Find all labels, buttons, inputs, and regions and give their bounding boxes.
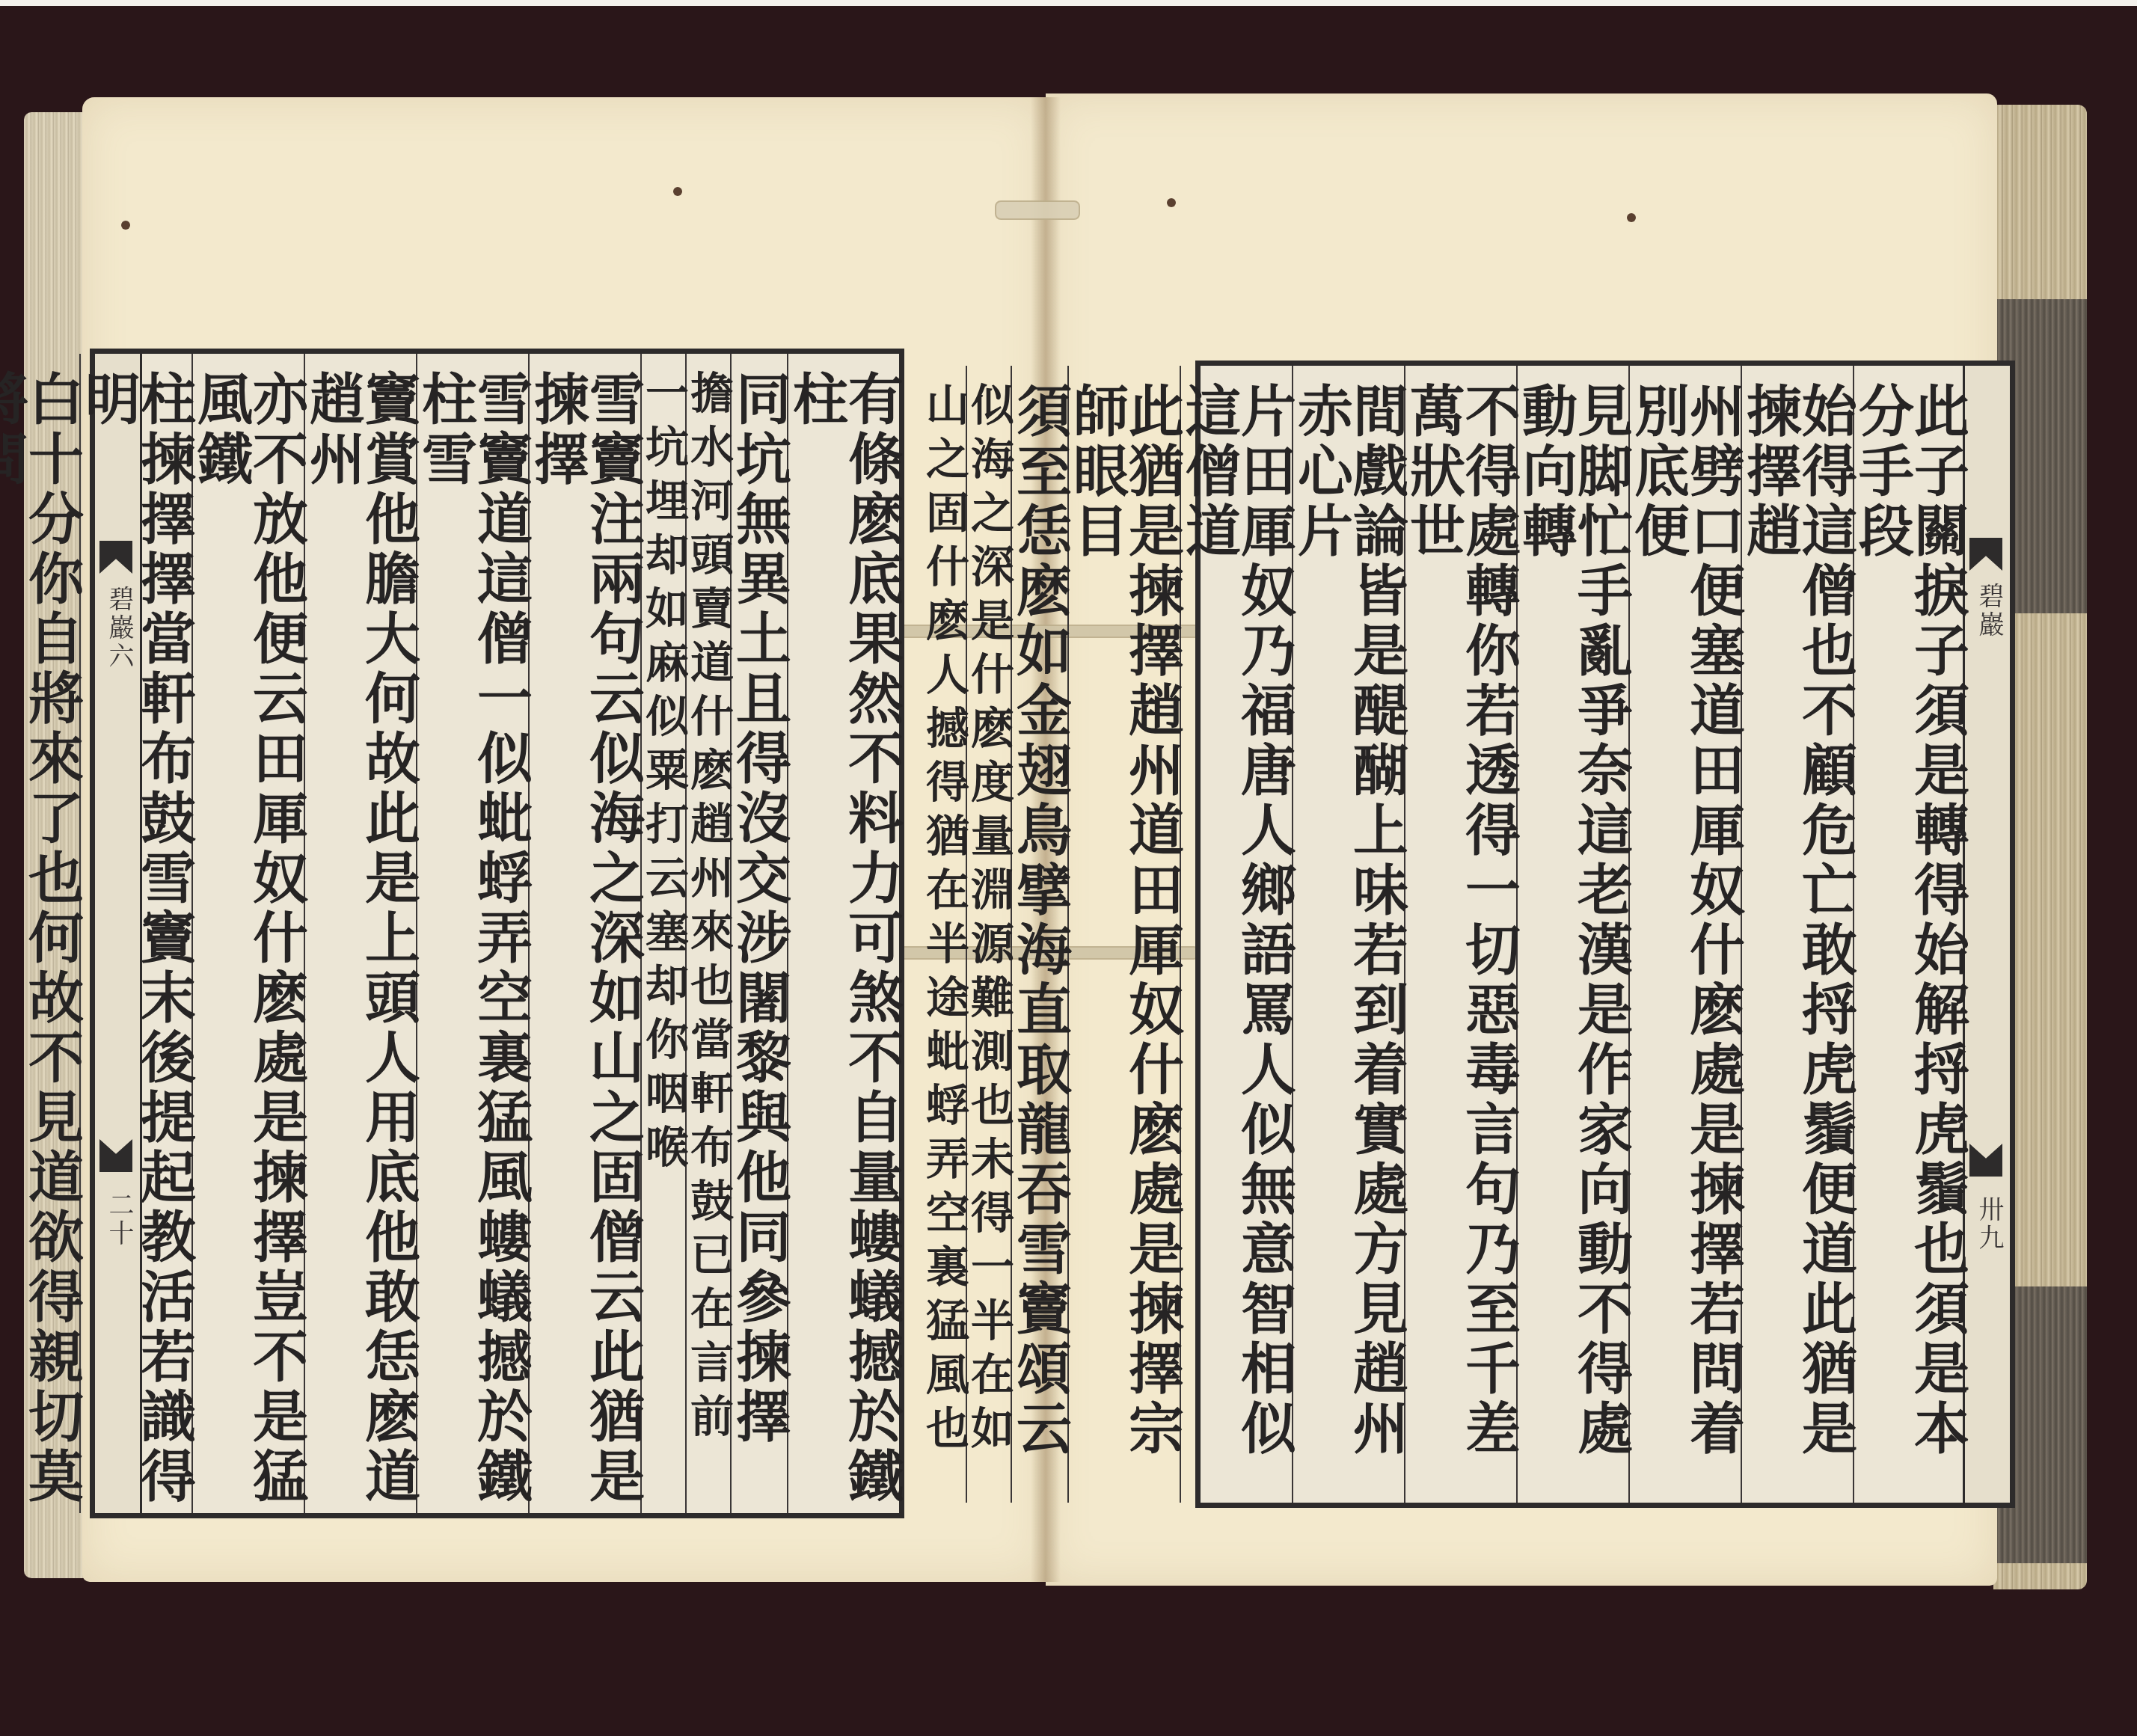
fishtail-mark bbox=[1969, 538, 2002, 571]
binding-hole bbox=[673, 187, 682, 196]
binding-hole bbox=[1167, 198, 1176, 207]
binding-hole bbox=[1627, 213, 1636, 222]
text-column: 擔水河頭賣道什麽趙州來也當軒布鼓已在言前 bbox=[685, 354, 730, 1513]
text-column: 不得處轉你若透得一切惡毒言句乃至千差萬狀世 bbox=[1404, 366, 1516, 1503]
text-column: 亦不放他便云田厙奴什麽處是揀擇豈不是猛風鐵 bbox=[191, 354, 304, 1513]
text-column: 竇賞他膽大何故此是上頭人用底他敢恁麽道趙州 bbox=[304, 354, 416, 1513]
fold-page-number: 卅九 bbox=[1971, 1196, 2008, 1253]
text-column: 雪竇道這僧一似蚍蜉弄空裏猛風螻蟻撼於鐵柱雪 bbox=[416, 354, 528, 1513]
column-text: 同坑無異土且得沒交涉闍黎與他同參揀擇 bbox=[732, 370, 787, 1447]
text-column: 此猶是揀擇趙州道田厙奴什麽處是揀擇宗師眼目 bbox=[1067, 366, 1180, 1503]
right-columns: 此子關捩子須是轉得始解捋虎鬚也須是本分手段 始得這僧也不顧危亡敢捋虎鬚便道此猶是… bbox=[1201, 366, 1965, 1503]
book-spread: 碧巖六 二十 有條麽底果然不料力可煞不自量螻蟻撼於鐵柱 同坑無異土且得沒交涉闍黎… bbox=[0, 0, 2137, 1736]
column-text: 雪竇注兩句云似海之深如山之固僧云此猶是揀擇 bbox=[530, 370, 640, 1513]
column-text: 一坑埋却如麻似粟打云塞却你咽喉 bbox=[642, 370, 685, 1178]
right-text-block: 碧巖 卅九 此子關捩子須是轉得始解捋虎鬚也須是本分手段 始得這僧也不顧危亡敢捋虎… bbox=[1195, 361, 2015, 1508]
column-text: 似海之深是什麽度量淵源難測也未得一半在如 bbox=[967, 382, 1011, 1459]
text-column: 須至恁麽如金翅鳥擘海直取龍吞雪竇頌云 bbox=[1011, 366, 1067, 1503]
column-text: 片田厙奴乃福唐人鄉語罵人似無意智相似這僧道 bbox=[1181, 382, 1292, 1503]
column-text: 白十分你自將來了也何故不見道欲得親切莫將問 bbox=[0, 370, 79, 1513]
text-column: 片田厙奴乃福唐人鄉語罵人似無意智相似這僧道 bbox=[1180, 366, 1292, 1503]
column-text: 始得這僧也不顧危亡敢捋虎鬚便道此猶是揀擇趙 bbox=[1742, 382, 1853, 1503]
text-column: 一坑埋却如麻似粟打云塞却你咽喉 bbox=[640, 354, 685, 1513]
text-column: 始得這僧也不顧危亡敢捋虎鬚便道此猶是揀擇趙 bbox=[1741, 366, 1853, 1503]
column-text: 亦不放他便云田厙奴什麽處是揀擇豈不是猛風鐵 bbox=[193, 370, 304, 1513]
fold-title: 碧巖 bbox=[1971, 583, 2008, 640]
text-column: 有條麽底果然不料力可煞不自量螻蟻撼於鐵柱 bbox=[787, 354, 899, 1513]
text-column: 同坑無異土且得沒交涉闍黎與他同參揀擇 bbox=[730, 354, 787, 1513]
right-fold-margin: 碧巖 卅九 bbox=[1963, 366, 2010, 1503]
left-text-block: 碧巖六 二十 有條麽底果然不料力可煞不自量螻蟻撼於鐵柱 同坑無異土且得沒交涉闍黎… bbox=[90, 349, 904, 1518]
binding-hole bbox=[121, 221, 130, 230]
column-text: 此猶是揀擇趙州道田厙奴什麽處是揀擇宗師眼目 bbox=[1069, 382, 1180, 1503]
binding-thread bbox=[995, 200, 1080, 220]
text-column: 山之固什麽人撼得猶在半途蚍蜉弄空裏猛風也 bbox=[922, 366, 966, 1503]
column-text: 間戲論皆是醍醐上味若到着實處方見趙州赤心片 bbox=[1293, 382, 1404, 1503]
column-text: 有條麽底果然不料力可煞不自量螻蟻撼於鐵柱 bbox=[788, 370, 899, 1513]
text-column: 似海之深是什麽度量淵源難測也未得一半在如 bbox=[966, 366, 1011, 1503]
column-text: 見脚忙手亂爭奈這老漢是作家向動不得處動向轉 bbox=[1518, 382, 1628, 1503]
text-column: 柱揀擇擇當軒布鼓雪竇末後提起教活若識得明 bbox=[79, 354, 191, 1513]
column-text: 竇賞他膽大何故此是上頭人用底他敢恁麽道趙州 bbox=[305, 370, 416, 1513]
column-text: 擔水河頭賣道什麽趙州來也當軒布鼓已在言前 bbox=[687, 370, 730, 1447]
text-column: 白十分你自將來了也何故不見道欲得親切莫將問 bbox=[0, 354, 79, 1513]
column-text: 雪竇道這僧一似蚍蜉弄空裏猛風螻蟻撼於鐵柱雪 bbox=[417, 370, 528, 1513]
fishtail-mark bbox=[1969, 1144, 2002, 1177]
text-column: 州劈口便塞道田厙奴什麽處是揀擇若問着別底便 bbox=[1628, 366, 1741, 1503]
column-text: 州劈口便塞道田厙奴什麽處是揀擇若問着別底便 bbox=[1630, 382, 1741, 1503]
text-column: 間戲論皆是醍醐上味若到着實處方見趙州赤心片 bbox=[1292, 366, 1404, 1503]
text-column: 此子關捩子須是轉得始解捋虎鬚也須是本分手段 bbox=[1853, 366, 1965, 1503]
text-column: 見脚忙手亂爭奈這老漢是作家向動不得處動向轉 bbox=[1516, 366, 1628, 1503]
left-columns: 有條麽底果然不料力可煞不自量螻蟻撼於鐵柱 同坑無異土且得沒交涉闍黎與他同參揀擇 … bbox=[141, 354, 899, 1513]
column-text: 此子關捩子須是轉得始解捋虎鬚也須是本分手段 bbox=[1854, 382, 1965, 1503]
column-text: 須至恁麽如金翅鳥擘海直取龍吞雪竇頌云 bbox=[1012, 382, 1067, 1459]
text-column: 雪竇注兩句云似海之深如山之固僧云此猶是揀擇 bbox=[528, 354, 640, 1513]
column-text: 柱揀擇擇當軒布鼓雪竇末後提起教活若識得明 bbox=[81, 370, 191, 1513]
column-text: 山之固什麽人撼得猶在半途蚍蜉弄空裏猛風也 bbox=[922, 382, 966, 1459]
column-text: 不得處轉你若透得一切惡毒言句乃至千差萬狀世 bbox=[1405, 382, 1516, 1503]
